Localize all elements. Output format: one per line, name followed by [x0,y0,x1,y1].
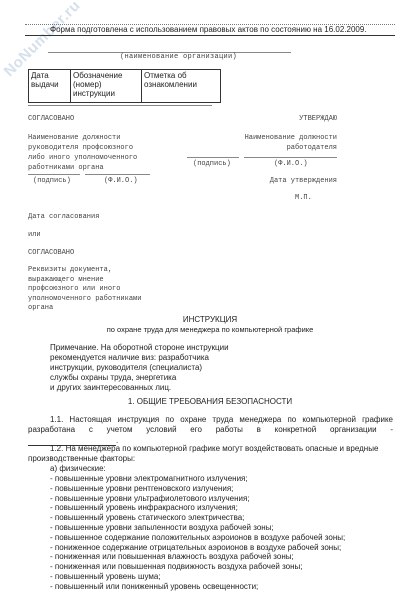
header-rule [25,35,395,36]
cell-issue-date: Дата выдачи [29,70,71,103]
form-note: Форма подготовлена с использованием прав… [50,25,367,34]
right-position-block: Наименование должности работодателя [245,133,337,153]
paragraph-1-1-line2: разработана с учетом условий его работы … [28,425,393,435]
factors-list: - повышенные уровни электромагнитного из… [50,474,345,592]
list-item: - повышенные уровни рентгеновского излуч… [50,484,345,494]
approval-date-label: Дата утверждения [270,176,337,186]
document-subtitle: по охране труда для менеджера по компьют… [0,325,420,334]
agreer-fio-line[interactable] [85,174,150,175]
requisites-block: Реквизиты документа, выражающего мнение … [28,266,141,314]
list-item: - повышенные уровни запыленности воздуха… [50,523,345,533]
separator-line [28,105,212,106]
paragraph-1-2-line1: 1.2. На менеджера по компьютерной график… [50,444,378,454]
subheading-physical: а) физические: [50,464,106,474]
approver-signature-line[interactable] [187,157,239,158]
list-item: - повышенный уровень инфракрасного излуч… [50,503,345,513]
cell-acknowledgement: Отметка об ознакомлении [142,70,221,103]
list-item: - повышенный уровень шума; [50,572,345,582]
approved-label: УТВЕРЖДАЮ [299,114,337,124]
list-item: - повышенный уровень статического электр… [50,513,345,523]
list-item: - повышенное содержание положительных аэ… [50,533,345,543]
agreement-date-label: Дата согласования [28,212,99,222]
approver-fio-caption: (Ф.И.О.) [274,159,308,169]
list-item: - повышенные уровни электромагнитного из… [50,474,345,484]
agreer-signature-caption: (подпись) [33,176,71,186]
agreed-label-2: СОГЛАСОВАНО [28,248,74,258]
list-item: - пониженная или повышенная подвижность … [50,562,345,572]
approver-signature-caption: (подпись) [193,159,231,169]
instruction-stamp-table: Дата выдачи Обозначение (номер) инструкц… [28,69,221,103]
list-item: - повышенные уровни ультрафиолетового из… [50,494,345,504]
list-item: - пониженная или повышенная влажность во… [50,552,345,562]
paragraph-1-2-line2: производственные факторы: [28,454,135,464]
agreer-signature-line[interactable] [28,174,80,175]
left-position-block: Наименование должности руководителя проф… [28,133,137,173]
approver-fio-line[interactable] [244,157,337,158]
agreer-fio-caption: (Ф.И.О.) [104,176,138,186]
seal-label: М.П. [295,193,312,203]
section-heading: 1. ОБЩИЕ ТРЕБОВАНИЯ БЕЗОПАСНОСТИ [0,397,420,407]
paragraph-1-1-line1: 1.1. Настоящая инструкция по охране труд… [28,415,393,425]
document-title: ИНСТРУКЦИЯ [0,315,420,325]
agreed-label: СОГЛАСОВАНО [28,114,74,124]
cell-instruction-number: Обозначение (номер) инструкции [71,70,142,103]
or-label: или [28,230,41,240]
organization-caption: (наименование организации) [120,53,237,61]
note-block: Примечание. На оборотной стороне инструк… [50,343,229,393]
list-item: - повышенный или пониженный уровень осве… [50,582,345,592]
list-item: - пониженное содержание отрицательных аэ… [50,543,345,553]
